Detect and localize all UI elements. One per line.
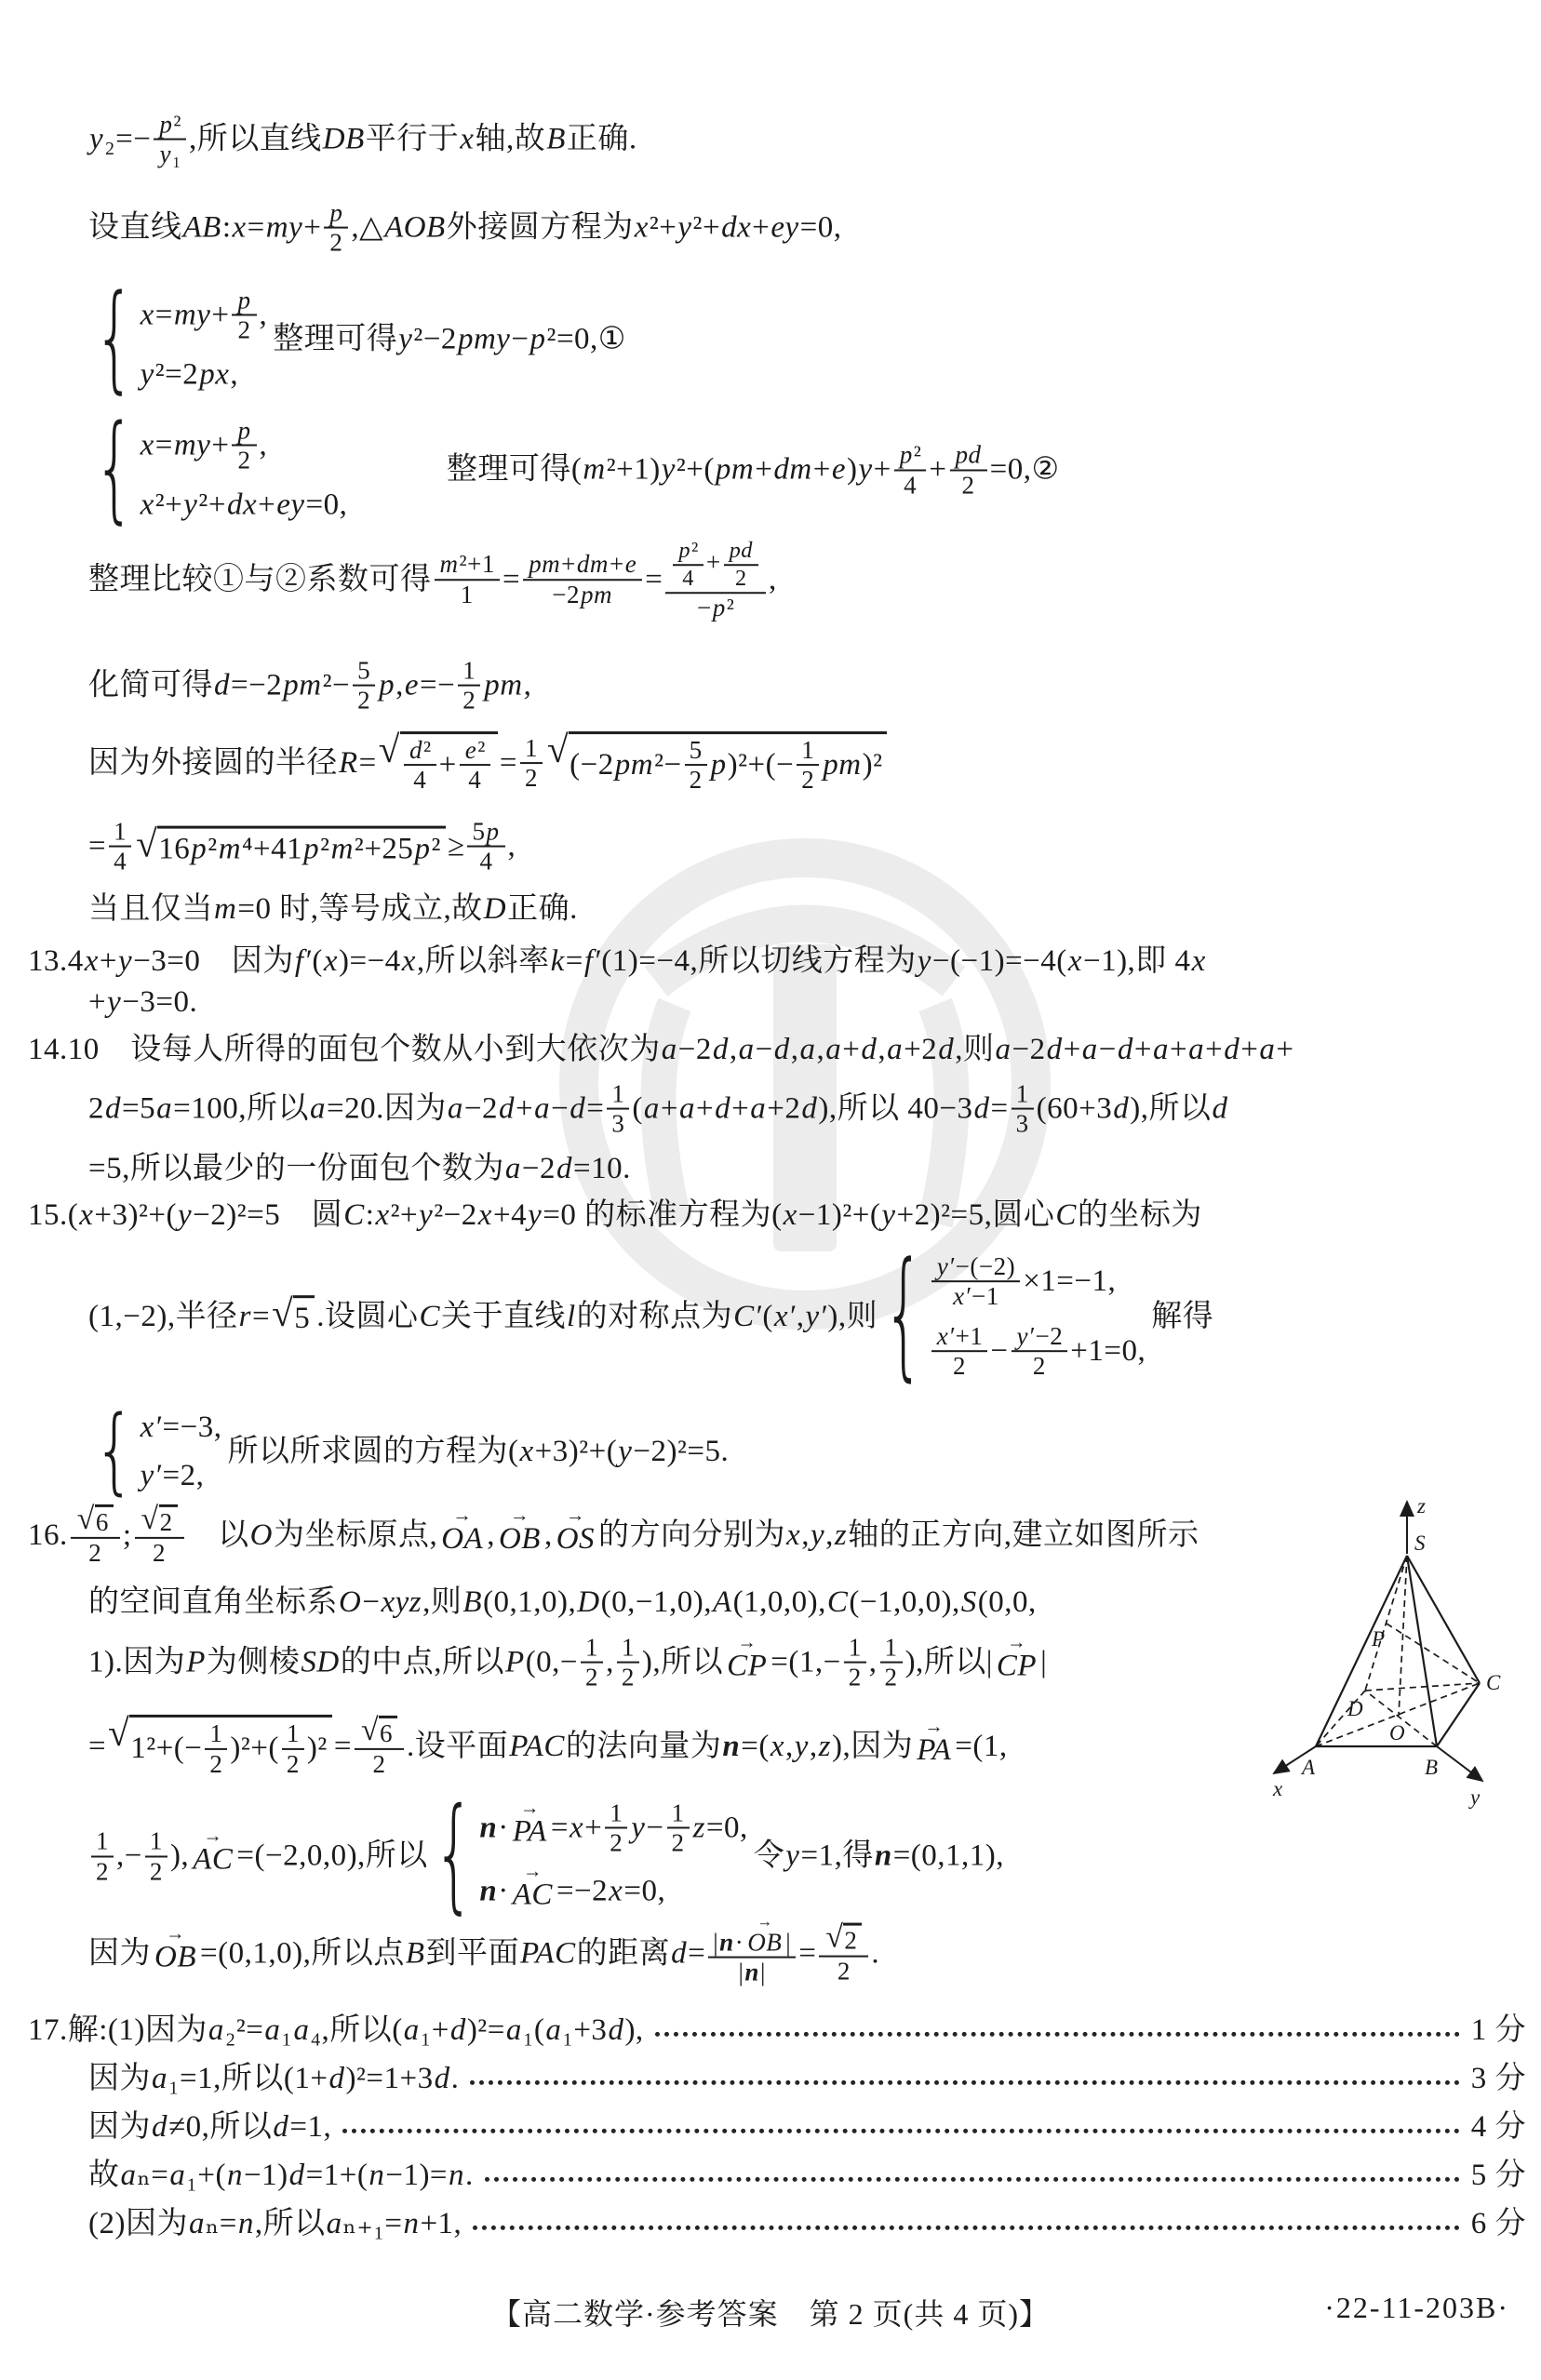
math-text: (1,−2),半径 r=√5.设圆心 C 关于直线 l 的对称点为 C′(x′,… — [88, 1252, 1213, 1381]
axis-label-z: z — [1416, 1494, 1426, 1518]
dotted-leader — [485, 2177, 1460, 2182]
solution-line: 15.(x+3)²+(y−2)²=5 圆 C:x²+y²−2x+4y=0 的标准… — [28, 1197, 1202, 1234]
solution-line: 13.4x+y−3=0 因为 f′(x)=−4x,所以斜率 k=f′(1)=−4… — [28, 943, 1207, 980]
math-text: 因为OB=(0,1,0),所以点 B 到平面 PAC 的距离 d=|n·OB||… — [88, 1921, 879, 1987]
math-text: 设直线 AB:x=my+p2,△AOB 外接圆方程为 x²+y²+dx+ey=0… — [88, 199, 842, 258]
solution-line: 16.√62;√22 以 O 为坐标原点,OA,OB,OS的方向分别为 x,y,… — [28, 1504, 1199, 1567]
footer-paper-code: ·22-11-203B· — [1324, 2291, 1509, 2325]
dotted-leader — [342, 2129, 1460, 2133]
math-text: 17.解:(1)因为 a₂²=a₁a₄,所以(a₁+d)²=a₁(a₁+3d), — [28, 2012, 644, 2049]
dotted-leader — [473, 2226, 1459, 2230]
page: y₂=−p²y₁,所以直线 DB 平行于 x 轴,故 B 正确.设直线 AB:x… — [0, 0, 1541, 2380]
solution-line: {x=my+p2,y²=2px,整理可得 y²−2pmy−p²=0,① — [88, 286, 626, 393]
solution-line: =14√16p²m⁴+41p²m²+25p²≥5p4, — [88, 818, 516, 876]
solution-line: =5,所以最少的一份面包个数为 a−2d=10. — [88, 1150, 631, 1187]
math-text: {x=my+p2,y²=2px,整理可得 y²−2pmy−p²=0,① — [88, 286, 626, 393]
math-text: =14√16p²m⁴+41p²m²+25p²≥5p4, — [88, 818, 516, 876]
solution-line: 设直线 AB:x=my+p2,△AOB 外接圆方程为 x²+y²+dx+ey=0… — [88, 199, 842, 258]
axis-label-y: y — [1468, 1785, 1481, 1809]
pyramid-figure: z S P C D O A B x y — [1249, 1481, 1528, 1816]
solution-line: 化简可得 d=−2pm²−52p,e=−12pm, — [88, 657, 531, 715]
solution-line: {x′=−3,y′=2,所以所求圆的方程为(x+3)²+(y−2)²=5. — [88, 1409, 729, 1495]
solution-line: 1).因为 P 为侧棱 SD 的中点,所以 P(0,−12,12),所以CP=(… — [88, 1634, 1047, 1692]
vertex-label-B: B — [1425, 1756, 1438, 1779]
math-text: 的空间直角坐标系 O−xyz,则 B(0,1,0),D(0,−1,0),A(1,… — [88, 1584, 1037, 1621]
math-text: 化简可得 d=−2pm²−52p,e=−12pm, — [88, 657, 531, 715]
solution-line: 当且仅当 m=0 时,等号成立,故 D 正确. — [88, 890, 578, 928]
solution-line: 2d=5a=100,所以 a=20.因为 a−2d+a−d=13(a+a+d+a… — [88, 1080, 1229, 1139]
vertex-label-P: P — [1371, 1627, 1385, 1651]
math-text: 因为 d≠0,所以 d=1, — [88, 2108, 331, 2146]
vertex-label-O: O — [1389, 1721, 1405, 1745]
footer-title-pagenum: 【高二数学·参考答案 第 2 页(共 4 页)】 — [491, 2291, 1050, 2333]
math-text: 14.10 设每人所得的面包个数从小到大依次为 a−2d,a−d,a,a+d,a… — [28, 1031, 1294, 1068]
math-text: (2)因为 aₙ=n,所以 aₙ₊₁=n+1, — [88, 2205, 462, 2242]
solution-line: 的空间直角坐标系 O−xyz,则 B(0,1,0),D(0,−1,0),A(1,… — [88, 1584, 1037, 1621]
dotted-leader — [655, 2032, 1460, 2037]
solution-line: 整理比较①与②系数可得m²+11=pm+dm+e−2pm=p²4+pd2−p², — [88, 537, 777, 622]
solution-line: =√1²+(−12)²+(12)²=√62.设平面 PAC 的法向量为 n=(x… — [88, 1715, 1008, 1778]
vertex-label-C: C — [1486, 1671, 1501, 1694]
solution-line: y₂=−p²y₁,所以直线 DB 平行于 x 轴,故 B 正确. — [88, 111, 637, 169]
dotted-leader — [470, 2080, 1459, 2085]
score-mark: 3 分 — [1471, 2060, 1526, 2097]
math-text: 当且仅当 m=0 时,等号成立,故 D 正确. — [88, 890, 578, 928]
solution-line: 17.解:(1)因为 a₂²=a₁a₄,所以(a₁+d)²=a₁(a₁+3d),… — [28, 2012, 1526, 2049]
math-text: =5,所以最少的一份面包个数为 a−2d=10. — [88, 1150, 631, 1187]
math-text: 15.(x+3)²+(y−2)²=5 圆 C:x²+y²−2x+4y=0 的标准… — [28, 1197, 1202, 1234]
solution-line: (1,−2),半径 r=√5.设圆心 C 关于直线 l 的对称点为 C′(x′,… — [88, 1252, 1213, 1381]
math-text: 2d=5a=100,所以 a=20.因为 a−2d+a−d=13(a+a+d+a… — [88, 1080, 1229, 1139]
vertex-label-D: D — [1347, 1697, 1363, 1720]
score-mark: 5 分 — [1471, 2157, 1526, 2194]
solution-line: {x=my+p2,x²+y²+dx+ey=0, 整理可得(m²+1)y²+(pm… — [88, 416, 1060, 523]
math-text: 故 aₙ=a₁+(n−1)d=1+(n−1)=n. — [88, 2157, 474, 2194]
solution-line: 14.10 设每人所得的面包个数从小到大依次为 a−2d,a−d,a,a+d,a… — [28, 1031, 1294, 1068]
score-mark: 1 分 — [1471, 2012, 1526, 2049]
axis-label-x: x — [1272, 1777, 1283, 1800]
solution-line: +y−3=0. — [88, 983, 197, 1021]
math-text: {x=my+p2,x²+y²+dx+ey=0, 整理可得(m²+1)y²+(pm… — [88, 416, 1060, 523]
score-mark: 4 分 — [1471, 2108, 1526, 2146]
math-text: 13.4x+y−3=0 因为 f′(x)=−4x,所以斜率 k=f′(1)=−4… — [28, 943, 1207, 980]
math-text: {x′=−3,y′=2,所以所求圆的方程为(x+3)²+(y−2)²=5. — [88, 1409, 729, 1495]
y-axis — [1437, 1746, 1482, 1781]
vertex-label-S: S — [1414, 1531, 1426, 1555]
vertex-label-A: A — [1300, 1756, 1316, 1779]
solution-line: 因为 d≠0,所以 d=1,4 分 — [88, 2108, 1526, 2146]
solution-line: 因为OB=(0,1,0),所以点 B 到平面 PAC 的距离 d=|n·OB||… — [88, 1921, 879, 1987]
math-text: 因为 a₁=1,所以(1+d)²=1+3d. — [88, 2060, 459, 2097]
math-text: =√1²+(−12)²+(12)²=√62.设平面 PAC 的法向量为 n=(x… — [88, 1715, 1008, 1778]
math-text: y₂=−p²y₁,所以直线 DB 平行于 x 轴,故 B 正确. — [88, 111, 637, 169]
math-text: 1).因为 P 为侧棱 SD 的中点,所以 P(0,−12,12),所以CP=(… — [88, 1634, 1047, 1692]
math-text: 整理比较①与②系数可得m²+11=pm+dm+e−2pm=p²4+pd2−p², — [88, 537, 777, 622]
score-mark: 6 分 — [1471, 2205, 1526, 2242]
math-text: 因为外接圆的半径 R=√d²4+e²4=12√(−2pm²−52p)²+(−12… — [88, 731, 889, 795]
solution-line: (2)因为 aₙ=n,所以 aₙ₊₁=n+1,6 分 — [88, 2205, 1526, 2242]
math-text: 16.√62;√22 以 O 为坐标原点,OA,OB,OS的方向分别为 x,y,… — [28, 1504, 1199, 1567]
solution-line: 因为外接圆的半径 R=√d²4+e²4=12√(−2pm²−52p)²+(−12… — [88, 731, 889, 795]
solution-line: 因为 a₁=1,所以(1+d)²=1+3d.3 分 — [88, 2060, 1526, 2097]
solution-line: 故 aₙ=a₁+(n−1)d=1+(n−1)=n.5 分 — [88, 2157, 1526, 2194]
solution-line: 12,−12),AC=(−2,0,0),所以{n·PA=x+12y−12z=0,… — [88, 1798, 1004, 1913]
math-text: +y−3=0. — [88, 983, 197, 1021]
page-footer: 【高二数学·参考答案 第 2 页(共 4 页)】 ·22-11-203B· — [0, 2291, 1541, 2347]
math-text: 12,−12),AC=(−2,0,0),所以{n·PA=x+12y−12z=0,… — [88, 1798, 1004, 1913]
